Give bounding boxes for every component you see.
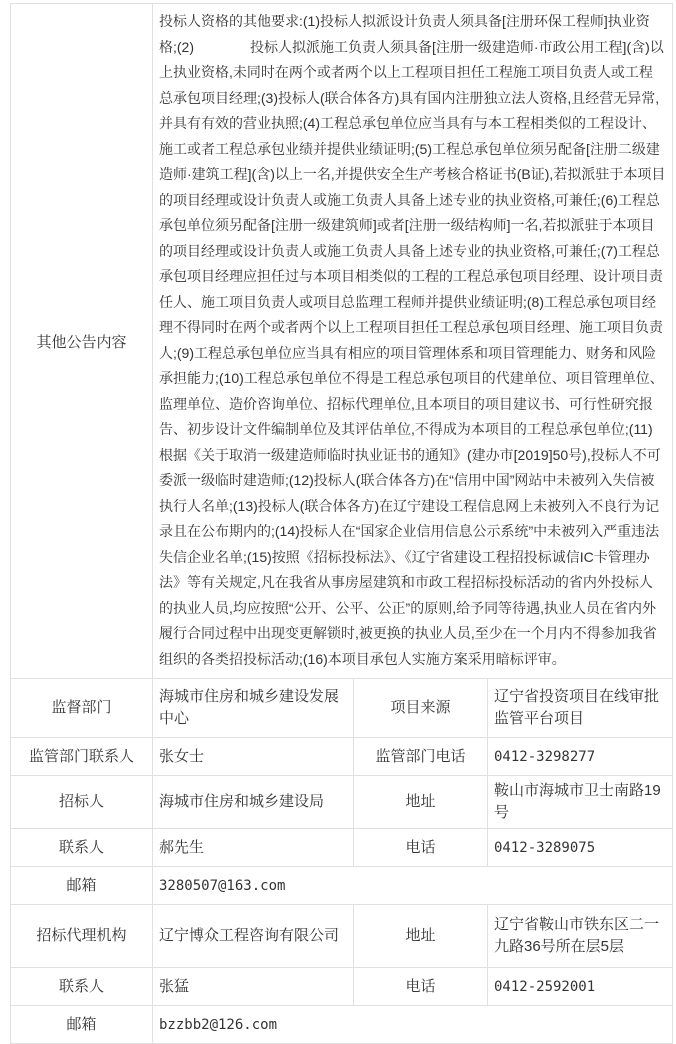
- other-content-text: 投标人资格的其他要求:(1)投标人拟派设计负责人须具备[注册环保工程师]执业资格…: [153, 4, 673, 679]
- agency-contact-value: 张猛: [153, 968, 354, 1006]
- tenderee-email-value: 3280507@163.com: [153, 867, 673, 905]
- agency-label: 招标代理机构: [11, 905, 153, 968]
- other-content-row: 其他公告内容 投标人资格的其他要求:(1)投标人拟派设计负责人须具备[注册环保工…: [11, 4, 673, 679]
- tender-announcement-table: 其他公告内容 投标人资格的其他要求:(1)投标人拟派设计负责人须具备[注册环保工…: [10, 3, 673, 1044]
- agency-email-row: 邮箱 bzzbb2@126.com: [11, 1006, 673, 1044]
- tenderee-email-label: 邮箱: [11, 867, 153, 905]
- agency-contact-row: 联系人 张猛 电话 0412-2592001: [11, 968, 673, 1006]
- tenderee-label: 招标人: [11, 776, 153, 829]
- supervision-dept-label: 监督部门: [11, 679, 153, 738]
- other-content-label: 其他公告内容: [11, 4, 153, 679]
- supervision-contact-row: 监管部门联系人 张女士 监管部门电话 0412-3298277: [11, 738, 673, 776]
- agency-value: 辽宁博众工程咨询有限公司: [153, 905, 354, 968]
- agency-address-label: 地址: [354, 905, 488, 968]
- tenderee-contact-value: 郝先生: [153, 829, 354, 867]
- agency-email-value: bzzbb2@126.com: [153, 1006, 673, 1044]
- tenderee-email-row: 邮箱 3280507@163.com: [11, 867, 673, 905]
- tenderee-phone-label: 电话: [354, 829, 488, 867]
- agency-contact-label: 联系人: [11, 968, 153, 1006]
- supervision-phone-value: 0412-3298277: [488, 738, 673, 776]
- agency-phone-value: 0412-2592001: [488, 968, 673, 1006]
- tenderee-phone-value: 0412-3289075: [488, 829, 673, 867]
- project-source-value: 辽宁省投资项目在线审批监管平台项目: [488, 679, 673, 738]
- supervision-phone-label: 监管部门电话: [354, 738, 488, 776]
- tenderee-contact-row: 联系人 郝先生 电话 0412-3289075: [11, 829, 673, 867]
- tenderee-row: 招标人 海城市住房和城乡建设局 地址 鞍山市海城市卫士南路19号: [11, 776, 673, 829]
- agency-address-value: 辽宁省鞍山市铁东区二一九路36号所在层5层: [488, 905, 673, 968]
- supervision-contact-label: 监管部门联系人: [11, 738, 153, 776]
- agency-phone-label: 电话: [354, 968, 488, 1006]
- agency-row: 招标代理机构 辽宁博众工程咨询有限公司 地址 辽宁省鞍山市铁东区二一九路36号所…: [11, 905, 673, 968]
- tenderee-address-value: 鞍山市海城市卫士南路19号: [488, 776, 673, 829]
- project-source-label: 项目来源: [354, 679, 488, 738]
- tenderee-contact-label: 联系人: [11, 829, 153, 867]
- supervision-row: 监督部门 海城市住房和城乡建设发展中心 项目来源 辽宁省投资项目在线审批监管平台…: [11, 679, 673, 738]
- agency-email-label: 邮箱: [11, 1006, 153, 1044]
- supervision-contact-value: 张女士: [153, 738, 354, 776]
- supervision-dept-value: 海城市住房和城乡建设发展中心: [153, 679, 354, 738]
- tenderee-address-label: 地址: [354, 776, 488, 829]
- announcement-table-wrapper: 其他公告内容 投标人资格的其他要求:(1)投标人拟派设计负责人须具备[注册环保工…: [10, 3, 672, 1044]
- tenderee-value: 海城市住房和城乡建设局: [153, 776, 354, 829]
